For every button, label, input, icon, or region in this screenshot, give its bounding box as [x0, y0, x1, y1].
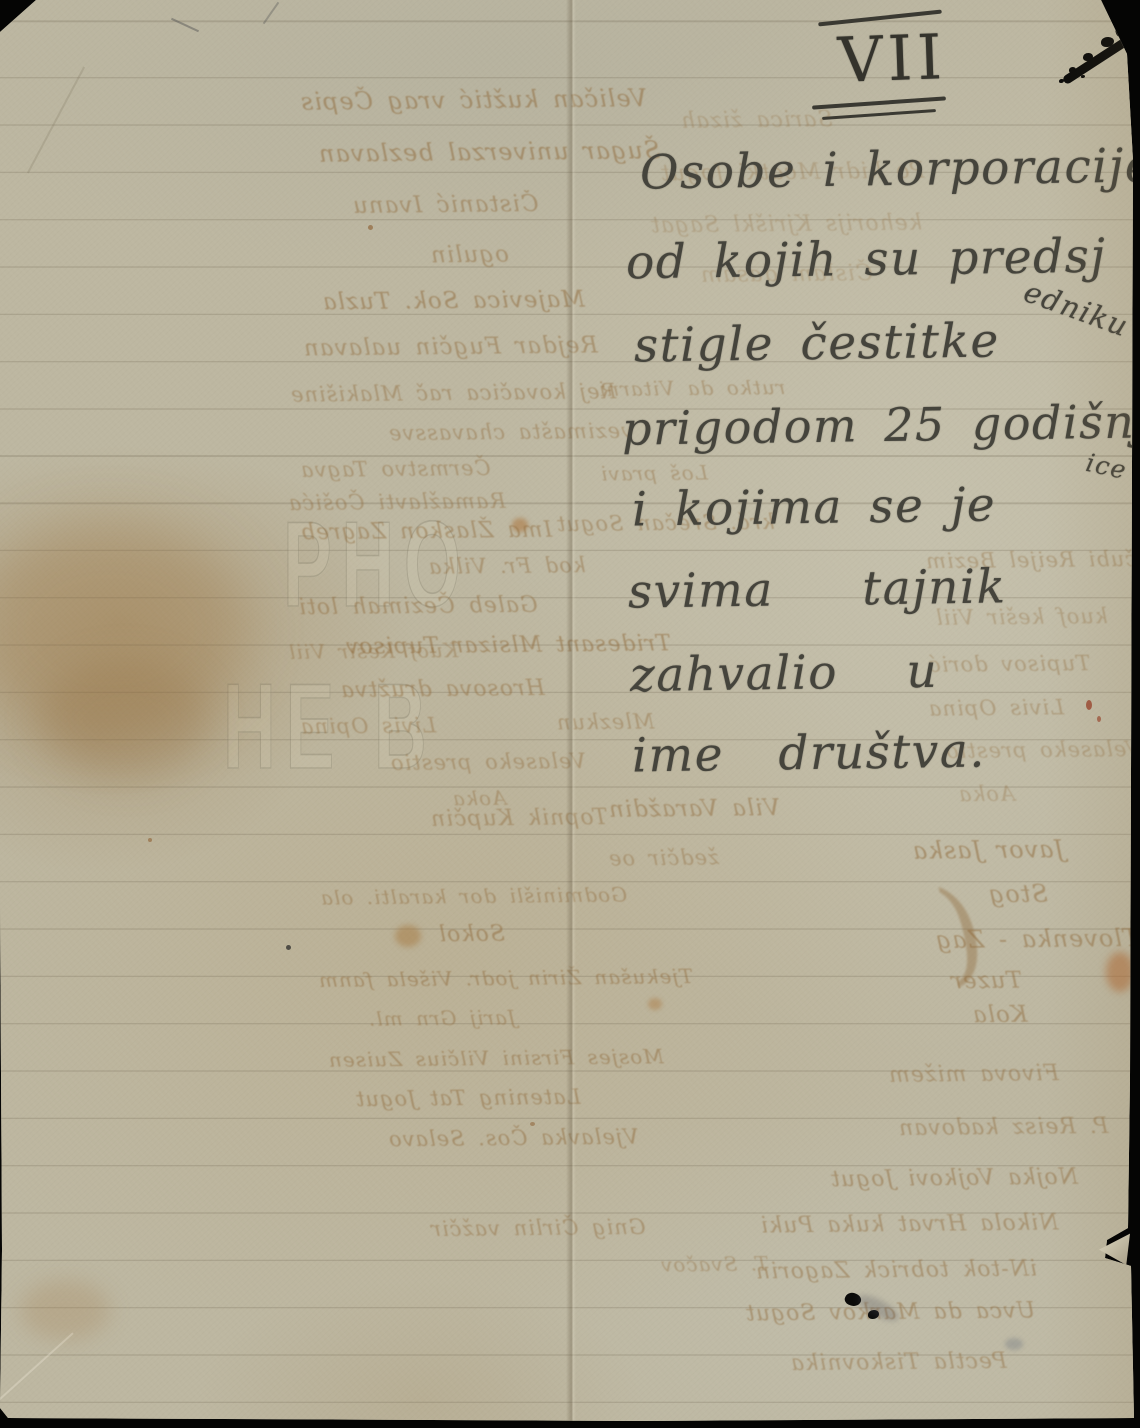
- bleedthrough-line: Hrosova družtva: [340, 676, 545, 703]
- bleedthrough-line: Sokol: [438, 922, 505, 948]
- handwritten-line: stigle čestitke: [634, 313, 1001, 373]
- bleedthrough-line: Nikola Hrvat kuka Puki: [760, 1210, 1059, 1238]
- bleedthrough-line: Jarij Grn ml.: [368, 1005, 516, 1031]
- bleedthrough-line: žedčir oe: [608, 845, 719, 870]
- bleedthrough-line: Velaseko prestio: [390, 749, 586, 775]
- bleedthrough-line: Javor Jaska: [912, 835, 1064, 865]
- bleedthrough-line: kod Fr. Vilka: [428, 553, 586, 579]
- bleedthrough-line: Šarica žizah: [680, 107, 833, 134]
- rust-speck: [148, 838, 152, 842]
- bleedthrough-line: Ima Žlaskon Zagreb: [300, 518, 552, 546]
- bleedthrough-line: Livis Opina: [300, 713, 436, 738]
- bleedthrough-line: Veličan kužtić vrag Čepis: [300, 84, 647, 116]
- handwritten-line: ime društva.: [632, 724, 986, 784]
- scanner-background: PHO HE B Veličan kužtić vrag Čepis Šugar…: [0, 0, 1140, 1428]
- bleedthrough-line: Topnik Kupčin: [430, 805, 608, 832]
- handwritten-line: zahvalio u: [630, 644, 939, 703]
- bleedthrough-line: Čistanić Ivanu: [352, 191, 539, 219]
- rust-speck: [530, 1122, 535, 1126]
- dark-speck: [286, 945, 291, 950]
- stain: [20, 1280, 110, 1340]
- stain: [40, 660, 210, 780]
- bleedthrough-line: ogulin: [430, 242, 509, 269]
- section-number: VII: [837, 20, 948, 97]
- bleedthrough-line: Kola: [972, 1002, 1028, 1029]
- bleedthrough-line: Rejdar Fugčin ualavan: [303, 332, 598, 361]
- bleedthrough-line: Aoka: [958, 782, 1015, 807]
- bleedthrough-line: Livis Opina: [928, 695, 1064, 720]
- bleedthrough-line: Tridesant Mlsizar Tupisov: [345, 631, 671, 659]
- bleedthrough-line: Majevica Sok. Tuzla: [322, 287, 585, 316]
- bleedthrough-line: T. Svačov: [660, 1251, 769, 1276]
- bleedthrough-line: Tjekušan Žirin jodr. Višela fanm: [318, 964, 693, 992]
- bleedthrough-line: Mosjes Firsini Vilčius Zuisen: [328, 1044, 664, 1072]
- bleedthrough-line: iN-tok tobrick Zagorin: [755, 1257, 1037, 1285]
- bleedthrough-line: Galeb Čezimah loti: [298, 593, 538, 621]
- bleedthrough-line: vezimašta chavassve: [388, 419, 633, 446]
- handwritten-line: svima tajnik: [628, 559, 1007, 619]
- bleedthrough-line: Godminišli dor karalti. ola: [320, 882, 627, 909]
- handwritten-line: i kojima se je: [632, 477, 997, 537]
- bleedthrough-line: Nojka Vojkovi Jogut: [830, 1165, 1078, 1193]
- right-edge-shading: [1045, 0, 1140, 1428]
- bleedthrough-line: rutko da Vitarni: [598, 375, 786, 401]
- manuscript-page: PHO HE B Veličan kužtić vrag Čepis Šugar…: [0, 0, 1140, 1428]
- bleedthrough-line: Stog: [988, 880, 1048, 909]
- bleedthrough-line: Čermstvo Tagva: [300, 456, 491, 482]
- bleedthrough-line: Latening Tat Jogut: [355, 1085, 581, 1111]
- bleedthrough-line: Fivova mižem: [888, 1061, 1059, 1088]
- bleedthrough-line: Šugar univerzal bezlavan: [318, 136, 661, 168]
- bleedthrough-line: Vjelavka Čos. Selavo: [388, 1125, 639, 1152]
- ink-smudge: [1005, 1338, 1023, 1350]
- bleedthrough-line: Pectla Tiskovnika: [790, 1349, 1007, 1376]
- bleedthrough-brace: (: [939, 868, 984, 996]
- bleedthrough-line: Vila Varaždin: [608, 795, 780, 823]
- stain: [395, 925, 421, 947]
- vertical-fold-crease: [566, 0, 576, 1428]
- bleedthrough-line: Ramažlavti Čošića: [288, 489, 506, 515]
- rust-speck: [368, 225, 373, 230]
- stain: [648, 998, 662, 1010]
- bleedthrough-line: Gnig Čirlin važčir: [430, 1215, 646, 1241]
